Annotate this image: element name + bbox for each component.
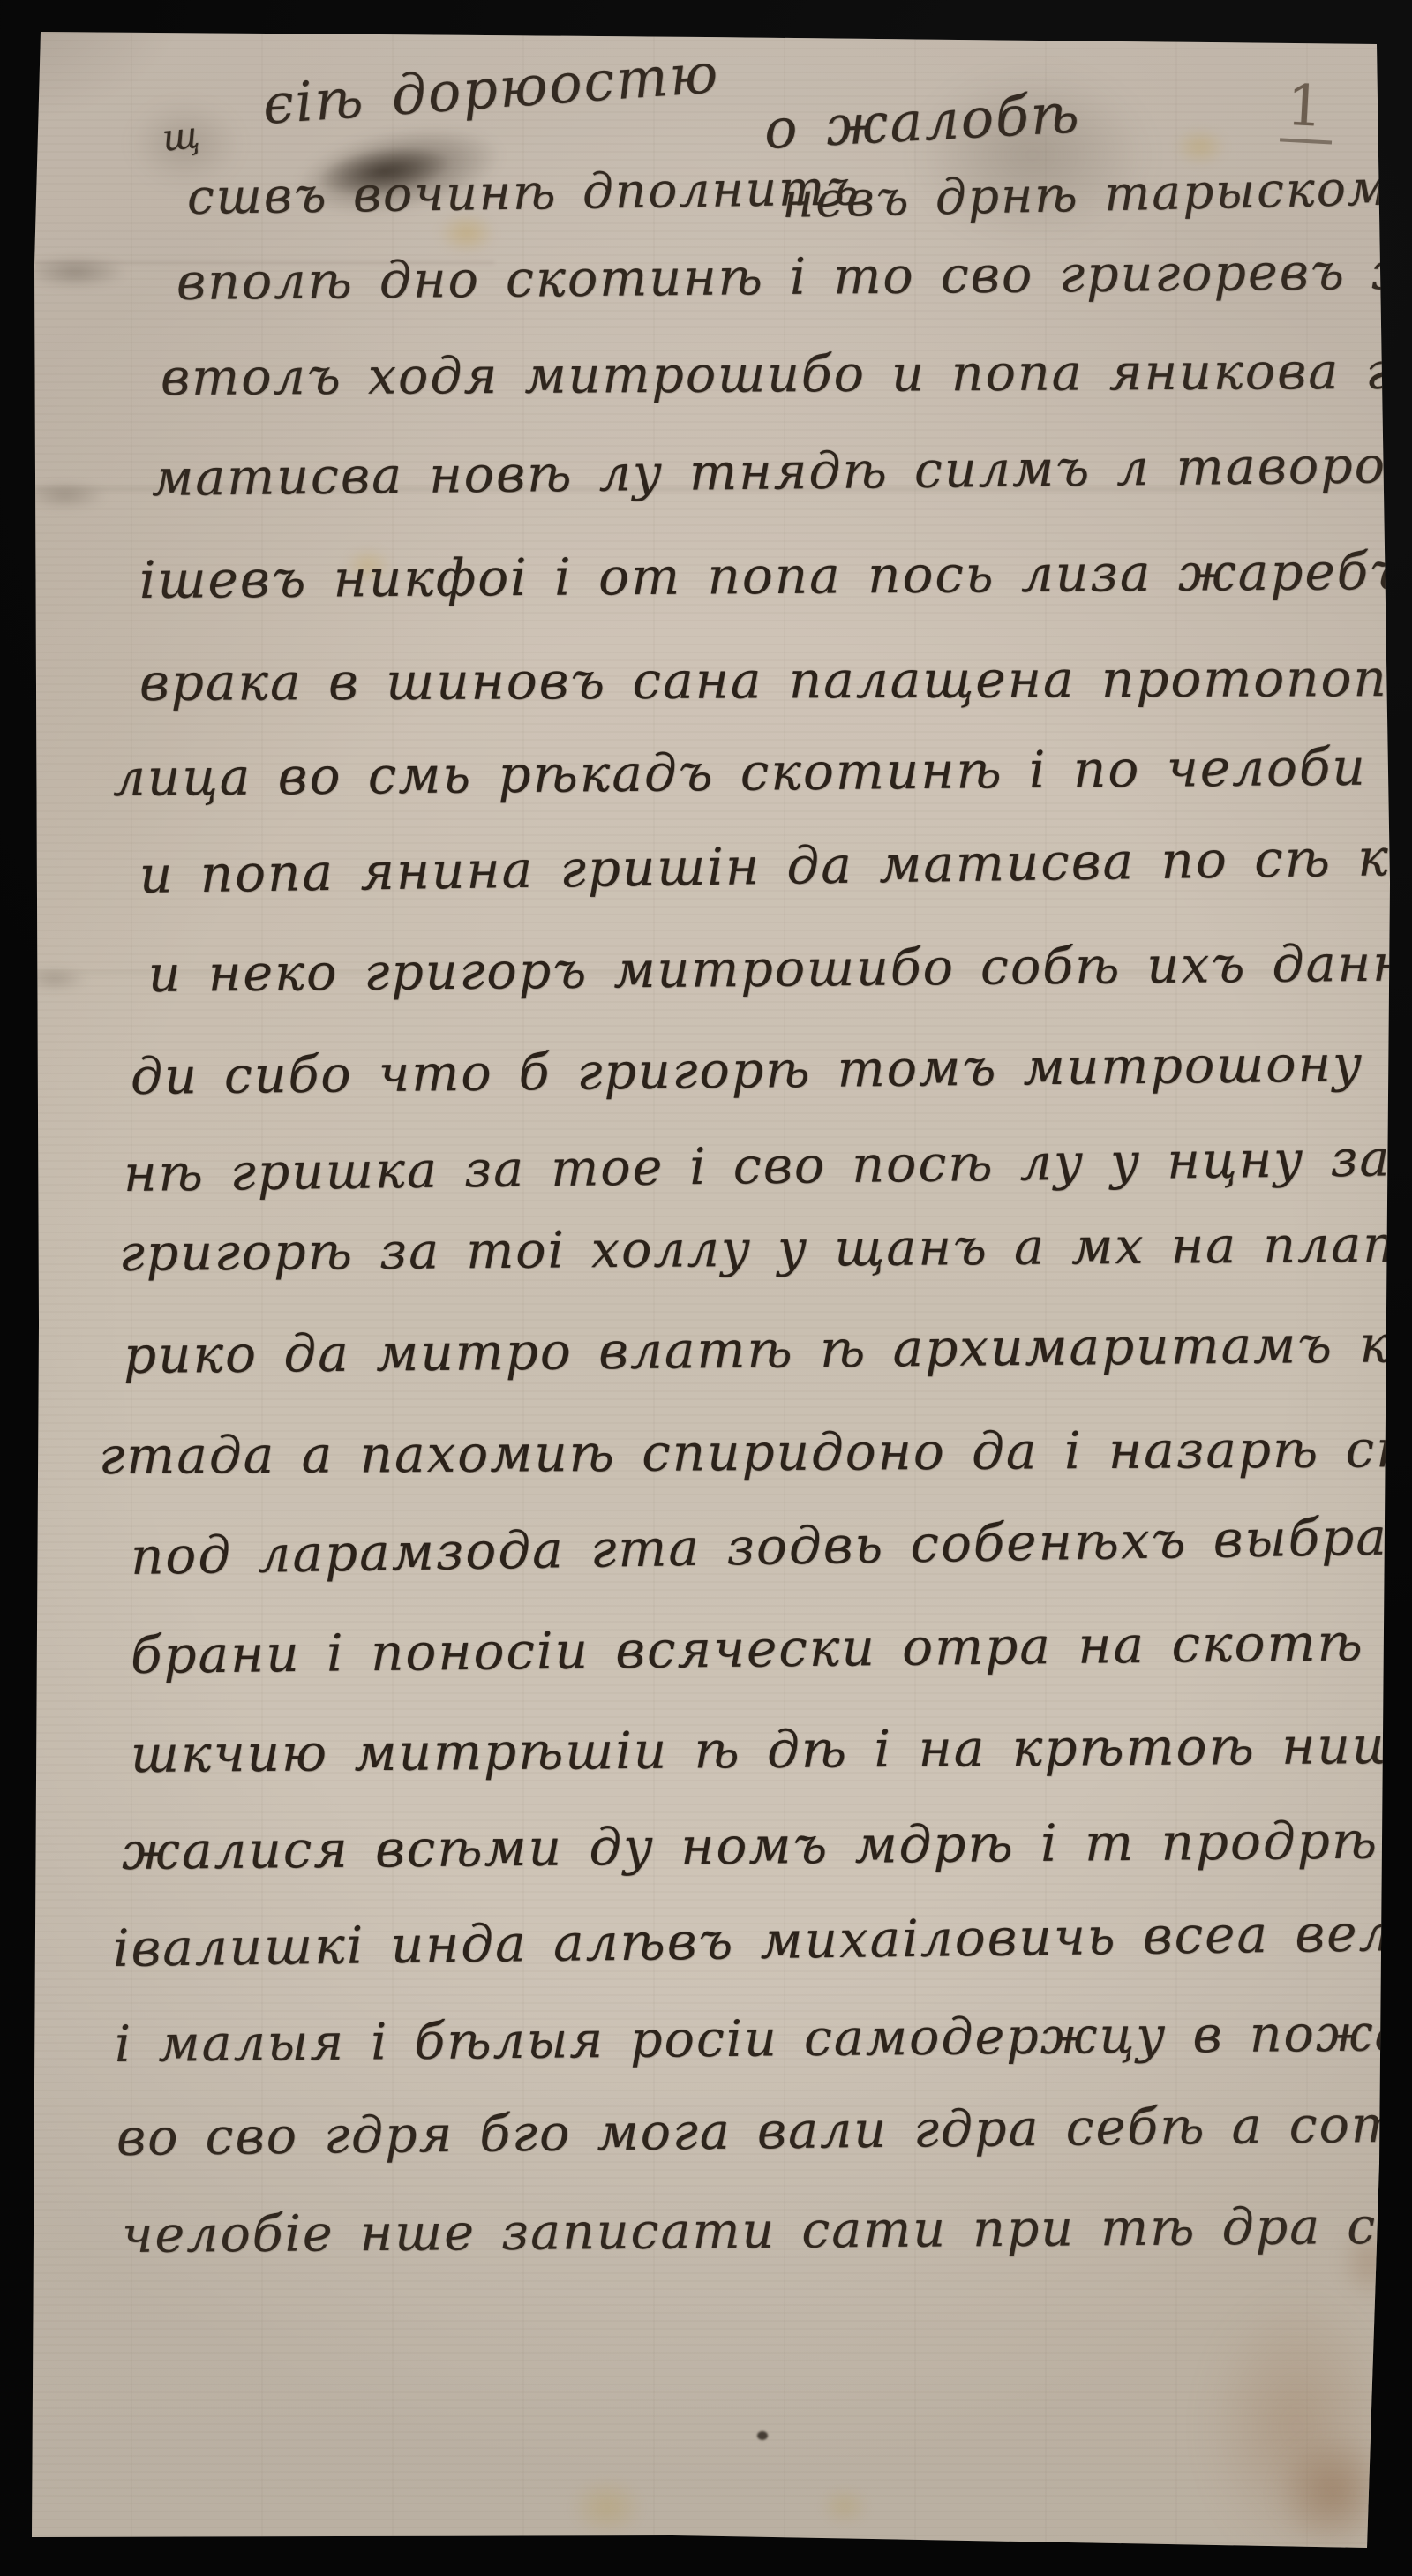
header-mark: щ [161, 117, 203, 157]
manuscript-line: шкчию митрѣшіи ѣ дѣ і на крѣтоѣ нищіавъ [131, 1719, 1412, 1780]
manuscript-line: челобіе нше записати сати при тѣ дра сми… [122, 2199, 1412, 2261]
manuscript-line: і малыя і бѣлыя росіи самодержцу в пожал… [115, 2007, 1412, 2070]
manuscript-line: жалися всѣми ду номъ мдрѣ і т продрѣ [122, 1815, 1378, 1877]
manuscript-line: лица во смь рѣкадъ скотинѣ і по челоби г… [113, 740, 1412, 803]
brown-stain [1202, 2292, 1392, 2561]
manuscript-line: вполѣ дно скотинѣ і то сво григоревъ жер… [176, 245, 1412, 308]
manuscript-header-left: єіѣ дорюостю [261, 46, 721, 132]
manuscript-line: івалишкі инда алѣвъ михаіловичь всеа вел… [113, 1906, 1412, 1974]
ink-fleck [757, 2431, 768, 2440]
manuscript-line: гтада а пахомиѣ спиридоно да і назарѣ сп… [99, 1423, 1412, 1481]
brown-stain [1274, 2433, 1393, 2552]
manuscript-line: невъ дрнѣ тарыскомъ [781, 163, 1412, 225]
manuscript-header-right: о жалобѣ [762, 86, 1082, 157]
paper-sheet: 1 щ єіѣ дорюостю о жалобѣ сшвъ вочинѣ дп… [0, 0, 1412, 2576]
edge-smudge [25, 256, 126, 288]
manuscript-line: и попа янина гришін да матисва по сѣ кал… [139, 830, 1412, 900]
edge-smudge [23, 968, 86, 990]
manuscript-photo: 1 щ єіѣ дорюостю о жалобѣ сшвъ вочинѣ дп… [0, 0, 1412, 2576]
yellow-spot [819, 2486, 870, 2527]
manuscript-line: рико да митро влатѣ ѣ архимаритамъ кои с… [124, 1316, 1412, 1381]
manuscript-line: нѣ гришка за тое і сво посѣ лу у нцну за… [124, 1130, 1412, 1200]
edge-smudge [25, 482, 106, 508]
manuscript-line: под ларамзода гта зодвь собенѣхъ выбрати… [131, 1510, 1412, 1582]
manuscript-line: ішевъ никфоі і от попа пось лиза жаребъ … [139, 544, 1412, 606]
manuscript-line: григорѣ за тоі холлу у щанъ а мх на плат… [119, 1218, 1412, 1279]
yellow-spot [1174, 127, 1227, 166]
folio-number: 1 [1280, 73, 1335, 145]
manuscript-line: сшвъ вочинѣ дполнитъ [187, 163, 861, 222]
yellow-spot [569, 2477, 645, 2537]
manuscript-line: врака в шиновъ сана палащена протопоповъ [139, 652, 1412, 708]
manuscript-line: матисва новѣ лу тнядѣ силмъ л таворо кон… [152, 439, 1412, 504]
manuscript-line: во сво гдря бго мога вали гдра себѣ а со… [116, 2098, 1412, 2164]
manuscript-line: и неко григоръ митрошибо собѣ ихъ данни … [148, 937, 1412, 1000]
manuscript-line: ди сибо что б григорѣ томъ митрошону и п… [131, 1036, 1412, 1103]
manuscript-line: брани і поносіи всячески отра на скотѣ н… [131, 1615, 1412, 1681]
manuscript-line: втолъ ходя митрошибо и попа яникова гриш… [161, 345, 1412, 403]
